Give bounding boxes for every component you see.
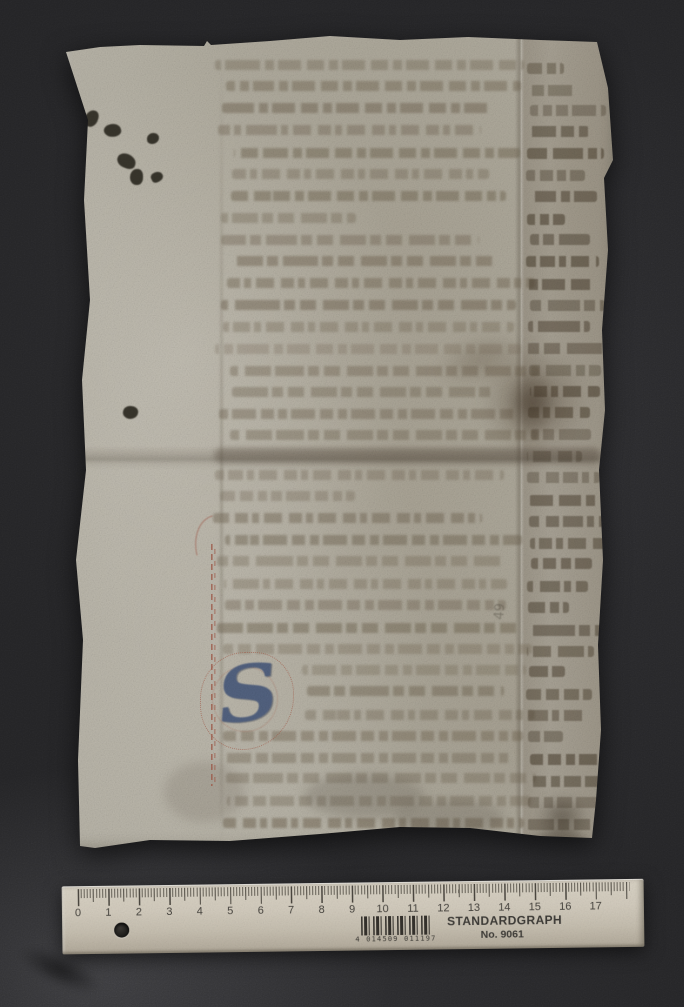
faded-text-line — [226, 773, 536, 783]
under-leaf-text-line — [528, 321, 590, 332]
penwork-flourish-hook — [188, 515, 221, 555]
under-leaf-text-line — [527, 343, 605, 354]
faded-text-line — [221, 213, 356, 223]
faded-text-line — [223, 731, 523, 741]
under-leaf-text-line — [529, 666, 565, 677]
faded-text-line — [225, 753, 510, 763]
photo-stage: S 49 01234567891011121314151617 4 014509… — [0, 0, 684, 1007]
under-leaf-text-line — [527, 472, 599, 483]
under-leaf-text-line — [530, 776, 610, 787]
under-leaf-text-line — [528, 797, 608, 808]
faded-text-line — [302, 665, 527, 675]
smudge — [164, 762, 244, 822]
centimeter-ticks — [78, 882, 630, 906]
faded-text-line — [218, 125, 481, 135]
under-leaf-text-line — [527, 581, 588, 592]
bottom-edge-stain — [526, 786, 598, 848]
under-leaf-text-line — [529, 191, 597, 202]
faded-text-line — [225, 535, 522, 545]
under-leaf-text-line — [527, 646, 593, 657]
manuscript-leaf: S 49 — [64, 32, 616, 850]
ruler-number: 12 — [437, 902, 449, 914]
under-leaf-text-line — [527, 148, 604, 159]
ink-spot — [149, 170, 164, 184]
under-leaf-text-line — [527, 63, 564, 74]
faded-text-line — [223, 644, 531, 654]
fold-dirt-smear — [214, 448, 600, 463]
illuminated-initial: S — [195, 642, 301, 746]
faded-text-line — [222, 103, 493, 113]
ink-spot — [83, 108, 101, 128]
faded-text-line — [230, 430, 538, 440]
faded-text-line — [231, 191, 506, 201]
under-leaf-text-lines — [64, 32, 616, 850]
damp-stain-core — [496, 362, 568, 446]
under-leaf-text-line — [529, 126, 589, 137]
under-leaf-text-line — [528, 602, 570, 613]
under-leaf-text-line — [526, 689, 591, 700]
penwork-halo-inner — [212, 666, 278, 732]
smudge — [304, 774, 424, 818]
faded-text-line — [215, 470, 504, 480]
vertical-fold-crease — [220, 62, 223, 842]
ruler-number: 2 — [136, 906, 142, 918]
faded-text-block-upper — [64, 32, 616, 850]
ruler-number: 11 — [407, 903, 419, 915]
under-leaf-text-line — [526, 625, 611, 636]
under-leaf-text-line — [530, 85, 575, 96]
faded-text-line — [232, 169, 489, 179]
ruler-number: 7 — [288, 904, 294, 916]
faded-text-line — [220, 491, 355, 501]
under-leaf-text-line — [528, 407, 590, 418]
bottom-edge-stain — [534, 830, 586, 860]
ruler-number: 15 — [529, 901, 541, 913]
ruler-number: 0 — [75, 907, 81, 919]
faded-text-line — [307, 686, 504, 696]
under-leaf-text-line — [527, 214, 565, 225]
ink-spot — [130, 169, 143, 185]
faded-text-line — [225, 600, 506, 610]
under-leaf-text-line — [526, 710, 587, 721]
faded-text-line — [213, 513, 482, 523]
ruler-number: 17 — [590, 900, 602, 912]
under-leaf-text-line — [530, 538, 612, 549]
ruler-wood: 01234567891011121314151617 4 014509 0111… — [62, 879, 645, 955]
ink-spot — [122, 405, 139, 420]
under-leaf-text-line — [526, 170, 584, 181]
penwork-flourish — [210, 544, 216, 786]
under-leaf-text-line — [527, 819, 596, 830]
ruler-hanging-hole — [114, 923, 129, 938]
penwork-halo — [200, 652, 294, 750]
leaf-edge-seam — [515, 38, 524, 844]
damp-stain-plume — [409, 309, 552, 410]
faded-text-line — [234, 148, 519, 158]
faded-text-line — [215, 60, 524, 70]
ruler-number: 5 — [227, 905, 233, 917]
under-leaf-text-line — [530, 754, 612, 765]
barcode-bars — [361, 916, 431, 936]
under-leaf-text-line — [531, 429, 591, 440]
faded-text-line — [230, 366, 540, 376]
under-leaf-text-line — [530, 386, 601, 397]
faded-text-line — [227, 278, 535, 288]
faded-text-line — [217, 556, 504, 566]
ruler-number: 14 — [498, 902, 510, 914]
ruler-number: 13 — [468, 902, 480, 914]
under-leaf-strip — [522, 32, 616, 850]
parchment-surface: S 49 — [64, 32, 616, 850]
ruler-number: 9 — [349, 904, 355, 916]
faded-text-line — [227, 796, 532, 806]
pencil-folio-mark: 49 — [492, 603, 508, 621]
ink-spot — [115, 151, 138, 171]
ruler-number: 8 — [318, 904, 324, 916]
under-leaf-text-line — [526, 256, 599, 267]
faded-text-line — [232, 387, 495, 397]
ruler-number: 3 — [166, 906, 172, 918]
faded-text-line — [234, 256, 495, 266]
ink-spot — [103, 122, 122, 138]
ruler-number: 4 — [197, 906, 203, 918]
under-leaf-text-line — [531, 558, 592, 569]
under-leaf-text-line — [529, 495, 598, 506]
barcode: 4 014509 011197 — [355, 916, 433, 944]
ruler-brand-name: STANDARDGRAPH — [447, 913, 557, 928]
under-leaf-text-line — [528, 731, 563, 742]
faded-text-line — [217, 623, 523, 633]
smudge — [394, 800, 504, 836]
horizontal-fold-crease — [64, 446, 616, 470]
ruler: 01234567891011121314151617 4 014509 0111… — [62, 879, 645, 955]
damp-stain — [458, 322, 610, 480]
ruler-number: 10 — [376, 903, 388, 915]
faded-text-line — [221, 300, 516, 310]
under-leaf-text-line — [529, 516, 607, 527]
under-leaf-text-line — [529, 365, 601, 376]
ruler-number: 1 — [105, 907, 111, 919]
ruler-number: 6 — [258, 905, 264, 917]
under-leaf-text-line — [530, 105, 606, 116]
ruler-brand-block: STANDARDGRAPH No. 9061 — [447, 913, 557, 941]
faded-text-block-lower — [64, 32, 616, 850]
faded-text-line — [305, 710, 535, 720]
ruler-number: 16 — [559, 901, 571, 913]
parchment-grain-texture — [64, 32, 616, 850]
faded-text-line — [221, 235, 478, 245]
barcode-digits: 4 014509 011197 — [355, 935, 433, 944]
under-leaf-text-line — [530, 234, 590, 245]
faded-text-line — [224, 579, 506, 589]
ink-spot — [147, 133, 159, 144]
under-leaf-text-line — [530, 300, 605, 311]
under-leaf-text-line — [527, 279, 593, 290]
faded-text-line — [219, 409, 519, 419]
faded-text-line — [223, 818, 524, 828]
faded-text-line — [215, 344, 522, 354]
faded-text-line — [226, 81, 521, 91]
faded-text-line — [223, 322, 513, 332]
ruler-model-number: No. 9061 — [447, 928, 557, 941]
under-leaf-text-line — [527, 451, 582, 462]
